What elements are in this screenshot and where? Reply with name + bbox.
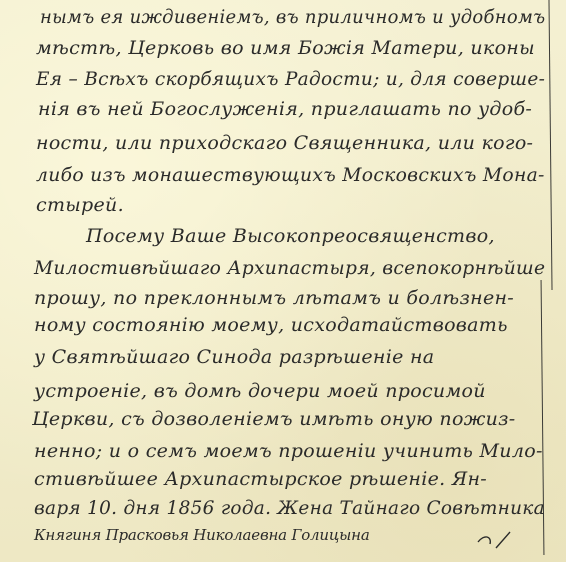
text-line-8: Посему Ваше Высокопреосвященство, bbox=[86, 225, 495, 247]
text-line-5: ности, или приходскаго Священника, или к… bbox=[36, 132, 533, 154]
text-line-11: ному состоянію моему, исходатайствовать bbox=[34, 314, 508, 336]
text-line-14: Церкви, съ дозволеніемъ имѣть оную пожиз… bbox=[32, 408, 516, 430]
margin-rule-line bbox=[548, 0, 552, 290]
text-line-7: стырей. bbox=[36, 194, 124, 216]
manuscript-page: нымъ ея иждивеніемъ, въ приличномъ и удо… bbox=[0, 0, 566, 562]
text-line-9: Милостивѣйшаго Архипастыря, всепокорнѣйш… bbox=[34, 257, 545, 279]
text-line-17: варя 10. дня 1856 года. Жена Тайнаго Сов… bbox=[34, 497, 545, 519]
text-line-2: мѣстѣ, Церковь во имя Божія Матери, икон… bbox=[36, 37, 535, 59]
text-line-6: либо изъ монашествующихъ Московскихъ Мон… bbox=[36, 164, 545, 186]
text-line-13: устроеніе, въ домѣ дочери моей просимой bbox=[34, 380, 486, 402]
text-line-1: нымъ ея иждивеніемъ, въ приличномъ и удо… bbox=[40, 6, 545, 28]
text-line-3: Ея – Всѣхъ скорбящихъ Радости; и, для со… bbox=[36, 68, 545, 90]
signature-flourish-icon bbox=[470, 520, 540, 550]
signature-line: Княгиня Прасковья Николаевна Голицына bbox=[34, 526, 370, 544]
text-line-10: прошу, по преклоннымъ лѣтамъ и болѣзнен- bbox=[34, 287, 514, 309]
text-line-16: стивѣйшее Архипастырское рѣшеніе. Ян- bbox=[34, 468, 487, 490]
text-line-4: нія въ ней Богослуженія, приглашать по у… bbox=[38, 98, 532, 120]
text-line-12: у Святѣйшаго Синода разрѣшеніе на bbox=[34, 346, 434, 368]
text-line-15: ненно; и о семъ моемъ прошеніи учинить М… bbox=[34, 440, 543, 462]
